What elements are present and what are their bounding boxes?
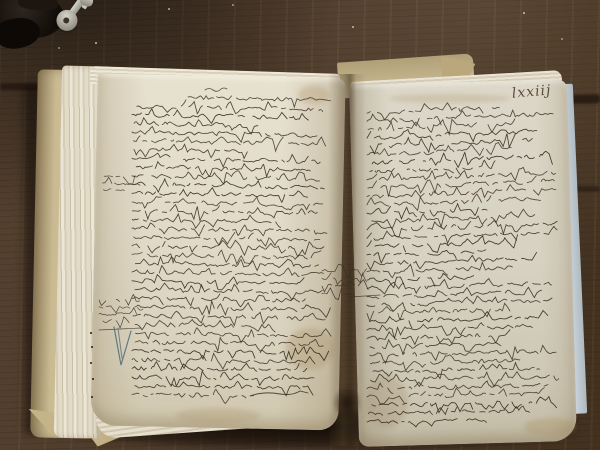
manuscript-photo: lxxiij — [0, 0, 600, 450]
page-stain — [286, 328, 334, 370]
page-stain — [176, 408, 260, 424]
wormholes — [90, 332, 92, 334]
page-stain — [524, 418, 576, 436]
page-stain — [298, 86, 330, 104]
page-stain — [388, 94, 510, 103]
dust-specks — [95, 42, 97, 44]
left-page — [90, 73, 345, 430]
page-stain — [366, 376, 408, 428]
gutter-shadow-blotch — [332, 386, 362, 420]
